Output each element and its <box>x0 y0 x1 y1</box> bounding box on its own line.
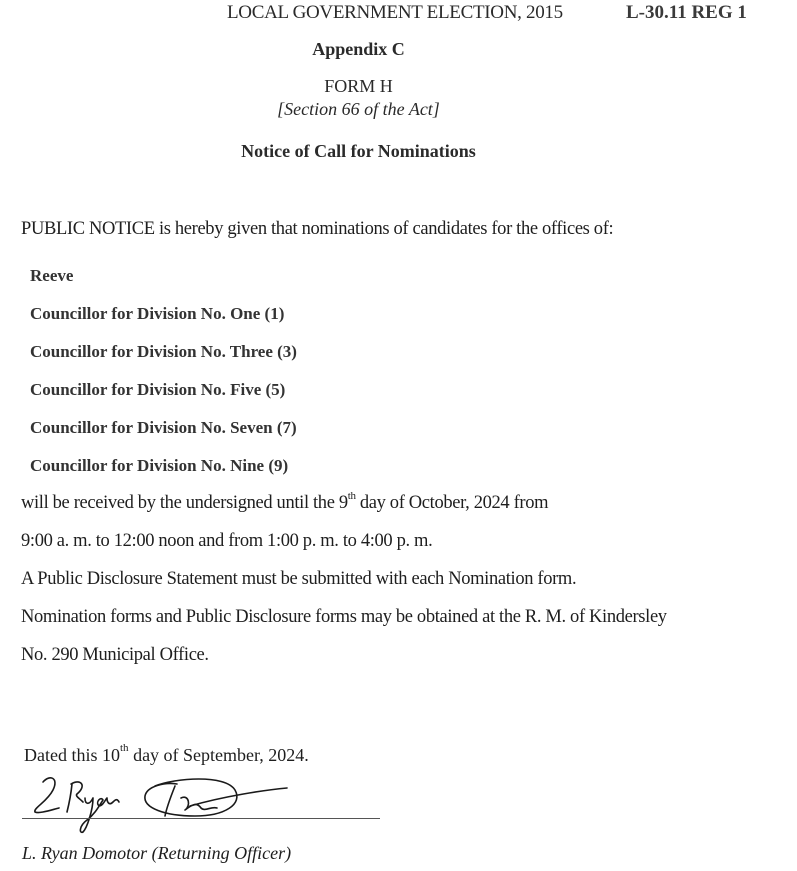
dated-text: Dated this 10 <box>24 745 120 765</box>
office-item: Councillor for Division No. Three (3) <box>30 342 297 362</box>
notice-title: Notice of Call for Nominations <box>0 141 797 162</box>
forms-line-2: No. 290 Municipal Office. <box>21 645 209 666</box>
deadline-text-rest: day of October, 2024 from <box>356 493 549 513</box>
office-item: Councillor for Division No. Nine (9) <box>30 456 288 476</box>
deadline-line: will be received by the undersigned unti… <box>21 493 548 514</box>
form-heading: FORM H <box>0 76 797 97</box>
ordinal-suffix: th <box>120 742 129 754</box>
signature-line <box>22 818 380 819</box>
office-item: Councillor for Division No. One (1) <box>30 304 284 324</box>
ordinal-suffix: th <box>348 490 356 502</box>
hours-line: 9:00 a. m. to 12:00 noon and from 1:00 p… <box>21 531 432 552</box>
intro-paragraph: PUBLIC NOTICE is hereby given that nomin… <box>21 219 613 240</box>
office-item: Councillor for Division No. Five (5) <box>30 380 285 400</box>
office-item: Councillor for Division No. Seven (7) <box>30 418 297 438</box>
section-reference: [Section 66 of the Act] <box>0 99 797 120</box>
appendix-heading: Appendix C <box>0 39 797 60</box>
document-header-title: LOCAL GOVERNMENT ELECTION, 2015 <box>227 2 563 24</box>
office-item: Reeve <box>30 266 73 286</box>
signature-icon <box>25 768 295 838</box>
regulation-code: L-30.11 REG 1 <box>626 2 747 24</box>
disclosure-line: A Public Disclosure Statement must be su… <box>21 569 576 590</box>
signatory-name: L. Ryan Domotor (Returning Officer) <box>22 843 291 864</box>
deadline-text: will be received by the undersigned unti… <box>21 493 348 513</box>
dated-line: Dated this 10th day of September, 2024. <box>24 745 309 766</box>
dated-text-rest: day of September, 2024. <box>129 745 309 765</box>
forms-line-1: Nomination forms and Public Disclosure f… <box>21 607 667 628</box>
